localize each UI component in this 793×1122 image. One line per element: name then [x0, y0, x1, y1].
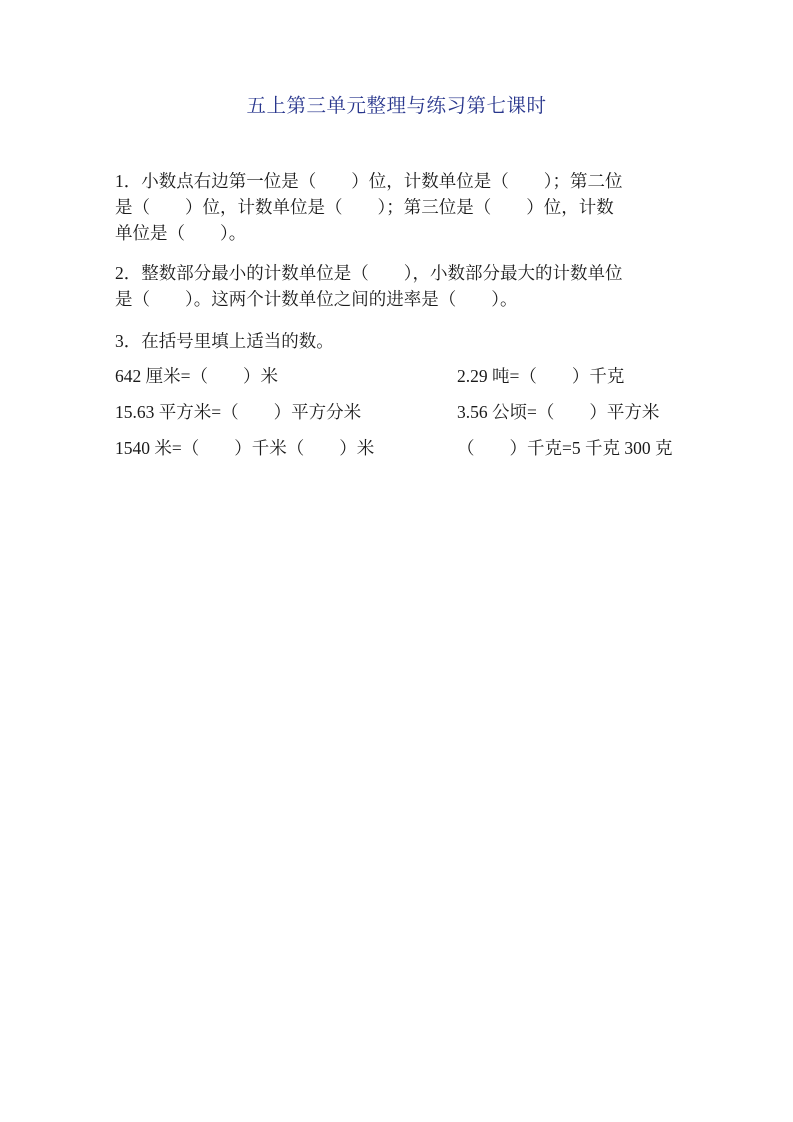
conversion-left: 642 厘米=（ ）米 [115, 363, 457, 389]
worksheet-content: 1．小数点右边第一位是（ ）位，计数单位是（ ）；第二位 是（ ）位，计数单位是… [0, 168, 793, 461]
conversion-row: 15.63 平方米=（ ）平方分米 3.56 公顷=（ ）平方米 [115, 399, 683, 425]
worksheet-title: 五上第三单元整理与练习第七课时 [0, 0, 793, 121]
question-1-line-3: 单位是（ ）。 [115, 220, 683, 246]
worksheet-page: 五上第三单元整理与练习第七课时 1．小数点右边第一位是（ ）位，计数单位是（ ）… [0, 0, 793, 1122]
question-3-heading: 3．在括号里填上适当的数。 [115, 328, 683, 354]
question-2: 2．整数部分最小的计数单位是（ ），小数部分最大的计数单位 是（ ）。这两个计数… [115, 260, 683, 312]
question-1-line-1: 1．小数点右边第一位是（ ）位，计数单位是（ ）；第二位 [115, 168, 683, 194]
question-2-line-1: 2．整数部分最小的计数单位是（ ），小数部分最大的计数单位 [115, 260, 683, 286]
conversion-left: 15.63 平方米=（ ）平方分米 [115, 399, 457, 425]
conversion-row: 642 厘米=（ ）米 2.29 吨=（ ）千克 [115, 363, 683, 389]
conversion-right: （ ）千克=5 千克 300 克 [457, 435, 683, 461]
conversion-right: 2.29 吨=（ ）千克 [457, 363, 683, 389]
conversion-right: 3.56 公顷=（ ）平方米 [457, 399, 683, 425]
conversion-left: 1540 米=（ ）千米（ ）米 [115, 435, 457, 461]
conversion-row: 1540 米=（ ）千米（ ）米 （ ）千克=5 千克 300 克 [115, 435, 683, 461]
question-2-line-2: 是（ ）。这两个计数单位之间的进率是（ ）。 [115, 286, 683, 312]
question-1-line-2: 是（ ）位，计数单位是（ ）；第三位是（ ）位，计数 [115, 194, 683, 220]
conversion-rows: 642 厘米=（ ）米 2.29 吨=（ ）千克 15.63 平方米=（ ）平方… [115, 363, 683, 461]
question-1: 1．小数点右边第一位是（ ）位，计数单位是（ ）；第二位 是（ ）位，计数单位是… [115, 168, 683, 246]
